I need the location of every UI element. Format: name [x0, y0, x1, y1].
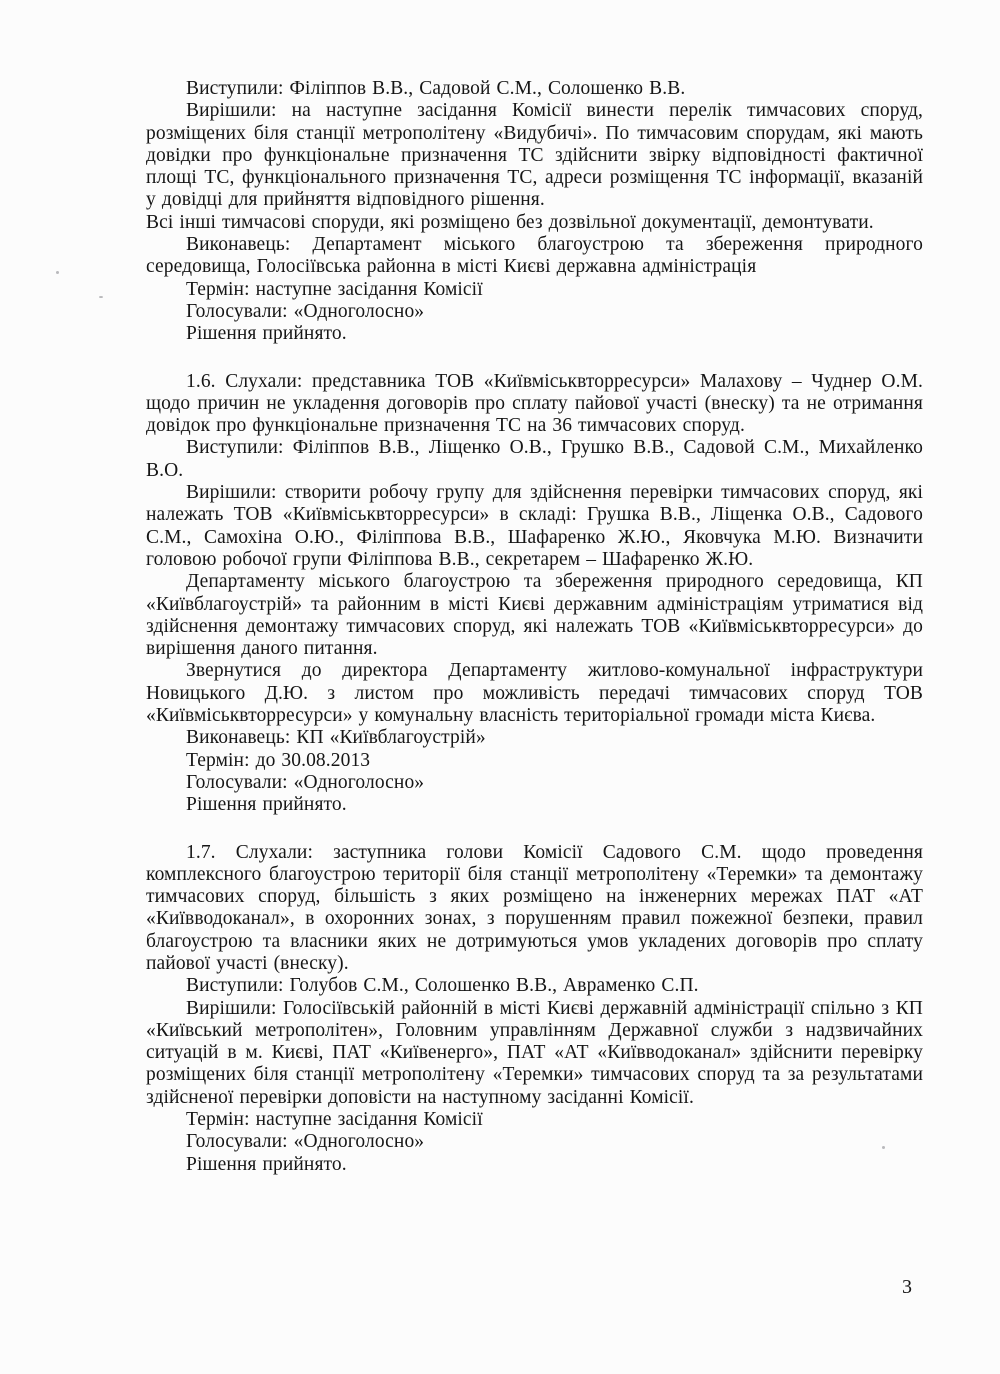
paragraph-vyrishyly-1-7: Вирішили: Голосіївській районній в місті… — [146, 998, 923, 1109]
paragraph-termin-1-5: Термін: наступне засідання Комісії — [146, 279, 923, 301]
scan-artifact — [56, 271, 59, 274]
document-page: Виступили: Філіппов В.В., Садовой С.М., … — [0, 0, 1000, 1374]
paragraph-rishennia-1-5: Рішення прийнято. — [146, 323, 923, 345]
paragraph-rishennia-1-6: Рішення прийнято. — [146, 794, 923, 816]
paragraph-termin-1-6: Термін: до 30.08.2013 — [146, 750, 923, 772]
scan-artifact — [882, 1146, 885, 1149]
paragraph-zvernutysia-1-6: Звернутися до директора Департаменту жит… — [146, 660, 923, 727]
paragraph-holosuvaly-1-5: Голосували: «Одноголосно» — [146, 301, 923, 323]
paragraph-slukhaly-1-7: 1.7. Слухали: заступника голови Комісії … — [146, 842, 923, 976]
paragraph-departamentu-1-6: Департаменту міського благоустрою та збе… — [146, 571, 923, 660]
paragraph-vykonavets-1-5: Виконавець: Департамент міського благоус… — [146, 234, 923, 279]
paragraph-vystupyly-1-7: Виступили: Голубов С.М., Солошенко В.В.,… — [146, 975, 923, 997]
paragraph-vystupyly-1-5: Виступили: Філіппов В.В., Садовой С.М., … — [146, 78, 923, 100]
paragraph-rishennia-1-7: Рішення прийнято. — [146, 1154, 923, 1176]
document-body: Виступили: Філіппов В.В., Садовой С.М., … — [146, 78, 923, 1176]
paragraph-holosuvaly-1-7: Голосували: «Одноголосно» — [146, 1131, 923, 1153]
scan-artifact — [99, 296, 103, 298]
page-number: 3 — [902, 1276, 912, 1298]
paragraph-vykonavets-1-6: Виконавець: КП «Київблагоустрій» — [146, 727, 923, 749]
paragraph-slukhaly-1-6: 1.6. Слухали: представника ТОВ «Київмісь… — [146, 371, 923, 438]
paragraph-holosuvaly-1-6: Голосували: «Одноголосно» — [146, 772, 923, 794]
paragraph-vyrishyly-1-5: Вирішили: на наступне засідання Комісії … — [146, 100, 923, 211]
paragraph-termin-1-7: Термін: наступне засідання Комісії — [146, 1109, 923, 1131]
paragraph-vyrishyly-1-6: Вирішили: створити робочу групу для здій… — [146, 482, 923, 571]
paragraph-vystupyly-1-6: Виступили: Філіппов В.В., Ліщенко О.В., … — [146, 437, 923, 482]
paragraph-vsi-inshi-1-5: Всі інші тимчасові споруди, які розміщен… — [146, 212, 923, 234]
